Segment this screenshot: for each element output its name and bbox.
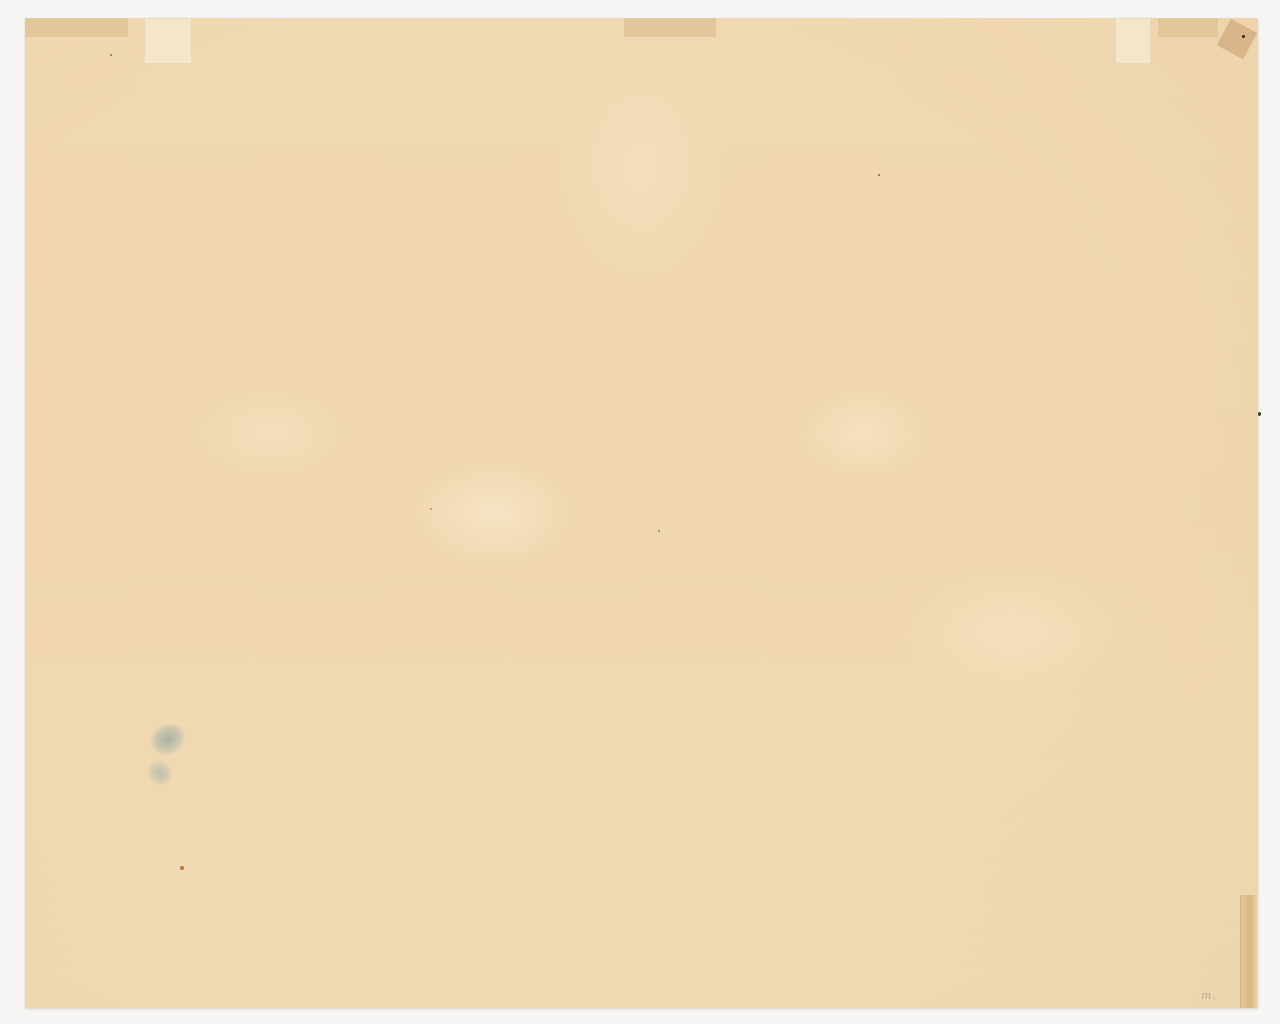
pencil-mark: m. [1201, 989, 1217, 1002]
speck [180, 866, 184, 870]
tape-strip-top-right-clear [1115, 18, 1151, 64]
corner-pinhole [1242, 35, 1245, 38]
tape-strip-top-center [624, 18, 716, 37]
tape-strip-top-left-clear [144, 18, 192, 64]
tape-strip-bottom-right [1240, 895, 1257, 1008]
speck [1258, 412, 1261, 416]
speck [430, 508, 432, 510]
speck [110, 54, 112, 56]
speck [878, 174, 880, 176]
paper-sheet [25, 18, 1258, 1008]
tape-strip-top-left [25, 18, 128, 37]
tape-strip-top-right [1158, 18, 1218, 37]
speck [658, 530, 660, 532]
